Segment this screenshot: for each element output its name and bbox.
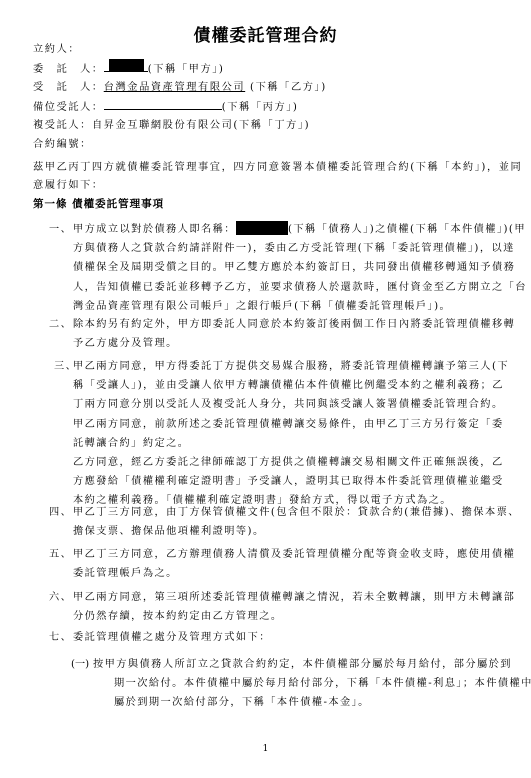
trustee-name: 台灣金品資產管理有限公司 bbox=[104, 82, 245, 93]
clause-number: 二、 bbox=[49, 315, 72, 334]
preamble-line-1: 茲甲乙丙丁四方就債權委託管理事宜，四方同意簽署本債權委託管理合約(下稱「本約」)… bbox=[33, 160, 522, 175]
sub-trustee-row: 複受託人：自昇金互聯網股份有限公司(下稱「丁方」) bbox=[33, 118, 310, 133]
clause-line: 方與債務人之貸款合約請詳附件一)，委由乙方受託管理(下稱「委託管理債權」)，以達 bbox=[73, 239, 511, 258]
entrustor-label: 委 託 人： bbox=[33, 64, 104, 75]
clause-line: 人，告知債權已委託並移轉予乙方，並要求債務人於還款時，匯付資金至乙方開立之「台 bbox=[73, 278, 511, 297]
clause-line: 委託管理債權之處分及管理方式如下： bbox=[73, 628, 511, 647]
page-number: 1 bbox=[0, 744, 531, 754]
clause-text: (下稱「債務人」)之債權(下稱「本件債權」)(甲 bbox=[288, 224, 526, 235]
clause-line: 予乙方處分及管理。 bbox=[73, 334, 511, 353]
clause-number: 六、 bbox=[49, 588, 72, 607]
article-1-heading: 第一條 債權委託管理事項 bbox=[33, 196, 164, 211]
trustee-label: 受 託 人： bbox=[33, 82, 104, 93]
entrustor-row: 委 託 人：(下稱「甲方」) bbox=[33, 61, 225, 77]
redaction-box bbox=[109, 59, 144, 72]
sub-clause-item-1: (一) 按甲方與債務人所訂立之貸款合約約定，本件債權部分屬於每月給付，部分屬於到… bbox=[71, 655, 511, 715]
clause-body: 甲乙丁三方同意，由丁方保管債權文件(包含但不限於：貸款合約(兼借據)、擔保本票、… bbox=[73, 503, 511, 541]
redaction-box bbox=[236, 221, 288, 235]
parties-label: 立約人： bbox=[33, 42, 80, 57]
trustee-row: 受 託 人：台灣金品資產管理有限公司 (下稱「乙方」) bbox=[33, 80, 327, 95]
clause-body: 委託管理債權之處分及管理方式如下： bbox=[73, 628, 511, 647]
entrustor-suffix: (下稱「甲方」) bbox=[148, 64, 225, 75]
trustee-suffix: (下稱「乙方」) bbox=[250, 82, 327, 93]
sub-trustee-label: 複受託人： bbox=[33, 120, 92, 131]
clause-line: 乙方同意，經乙方委託之律師確認丁方提供之債權轉讓交易相關文件正確無誤後，乙 bbox=[73, 453, 511, 472]
clause-item-2: 二、 除本約另有約定外，甲方即委託人同意於本約簽訂後兩個工作日內將委託管理債權移… bbox=[49, 315, 511, 355]
clause-line: 委託管理帳戶為之。 bbox=[73, 564, 511, 583]
sub-trustee-name: 自昇金互聯網股份有限公司 bbox=[92, 120, 233, 131]
clause-item-4: 四、 甲乙丁三方同意，由丁方保管債權文件(包含但不限於：貸款合約(兼借據)、擔保… bbox=[49, 503, 511, 543]
sub-trustee-suffix: (下稱「丁方」) bbox=[233, 120, 310, 131]
clause-body: 甲方成立以對於債務人即名稱：(下稱「債務人」)之債權(下稱「本件債權」)(甲 方… bbox=[73, 220, 511, 316]
contract-number-row: 合約編號： bbox=[33, 137, 92, 152]
sub-clause-number: (一) bbox=[71, 655, 89, 674]
clause-line: 甲乙兩方同意，前款所述之委託管理債權轉讓交易條件，由甲乙丁三方另行簽定「委 bbox=[73, 415, 511, 434]
clause-item-5: 五、 甲乙丁三方同意，乙方辦理債務人清償及委託管理債權分配等資金收支時，應使用債… bbox=[49, 545, 511, 585]
entrustor-field bbox=[104, 61, 148, 72]
clause-line: 分仍然存續，按本約約定由乙方管理之。 bbox=[73, 607, 511, 626]
clause-line: 方應發給「債權權利確定證明書」予受讓人，證明其已取得本件委託管理債權並繼受 bbox=[73, 472, 511, 491]
clause-text: 甲方成立以對於債務人即名稱： bbox=[73, 224, 236, 235]
preamble-line-2: 意履行如下： bbox=[33, 178, 104, 193]
clause-line: 丁兩方同意分別以受託人及複受託人身分，共同與該受讓人簽署債權委託管理合約。 bbox=[73, 395, 511, 414]
clause-number: 四、 bbox=[49, 503, 72, 522]
document-page: 債權委託管理合約 立約人： 委 託 人：(下稱「甲方」) 受 託 人：台灣金品資… bbox=[0, 0, 531, 778]
backup-trustee-field bbox=[104, 99, 222, 110]
clause-line: 甲乙丁三方同意，由丁方保管債權文件(包含但不限於：貸款合約(兼借據)、擔保本票、 bbox=[73, 503, 511, 522]
clause-line: 債權保全及屆期受償之目的。甲乙雙方應於本約簽訂日，共同發出債權移轉通知予債務 bbox=[73, 258, 511, 277]
sub-clause-line: 按甲方與債務人所訂立之貸款合約約定，本件債權部分屬於每月給付，部分屬於到 bbox=[93, 655, 511, 674]
clause-line: 甲方成立以對於債務人即名稱：(下稱「債務人」)之債權(下稱「本件債權」)(甲 bbox=[73, 220, 511, 239]
clause-line: 甲乙丁三方同意，乙方辦理債務人清償及委託管理債權分配等資金收支時，應使用債權 bbox=[73, 545, 511, 564]
clause-number: 一、 bbox=[49, 220, 72, 239]
sub-clause-line: 屬於到期一次給付部分，下稱「本件債權-本金」。 bbox=[93, 693, 511, 712]
backup-trustee-label: 備位受託人： bbox=[33, 102, 104, 113]
clause-body: 除本約另有約定外，甲方即委託人同意於本約簽訂後兩個工作日內將委託管理債權移轉 予… bbox=[73, 315, 511, 353]
backup-trustee-suffix: (下稱「丙方」) bbox=[222, 102, 299, 113]
clause-line: 託轉讓合約」約定之。 bbox=[73, 434, 511, 453]
clause-number: 五、 bbox=[49, 545, 72, 564]
backup-trustee-row: 備位受託人：(下稱「丙方」) bbox=[33, 99, 299, 115]
clause-item-7: 七、 委託管理債權之處分及管理方式如下： bbox=[49, 628, 511, 648]
clause-body: 甲乙兩方同意，甲方得委託丁方提供交易媒合服務，將委託管理債權轉讓予第三人(下 稱… bbox=[73, 357, 511, 511]
sub-clause-body: 按甲方與債務人所訂立之貸款合約約定，本件債權部分屬於每月給付，部分屬於到 期一次… bbox=[93, 655, 511, 713]
clause-line: 灣金品資產管理有限公司帳戶」之銀行帳戶(下稱「債權委託管理帳戶」)。 bbox=[73, 297, 511, 316]
clause-item-6: 六、 甲乙兩方同意，第三項所述委託管理債權轉讓之情況，若未全數轉讓，則甲方未轉讓… bbox=[49, 588, 511, 628]
clause-number: 七、 bbox=[49, 628, 72, 647]
sub-clause-line: 期一次給付。本件債權中屬於每月給付部分，下稱「本件債權-利息」；本件債權中 bbox=[93, 674, 511, 693]
clause-item-1: 一、 甲方成立以對於債務人即名稱：(下稱「債務人」)之債權(下稱「本件債權」)(… bbox=[49, 220, 511, 320]
contract-number-label: 合約編號： bbox=[33, 139, 92, 150]
clause-line: 除本約另有約定外，甲方即委託人同意於本約簽訂後兩個工作日內將委託管理債權移轉 bbox=[73, 315, 511, 334]
clause-line: 擔保支票、擔保品他項權利證明等)。 bbox=[73, 522, 511, 541]
clause-line: 稱「受讓人」)，並由受讓人依甲方轉讓債權佔本件債權比例繼受本約之權利義務；乙 bbox=[73, 376, 511, 395]
clause-line: 甲乙兩方同意，第三項所述委託管理債權轉讓之情況，若未全數轉讓，則甲方未轉讓部 bbox=[73, 588, 511, 607]
clause-body: 甲乙丁三方同意，乙方辦理債務人清償及委託管理債權分配等資金收支時，應使用債權 委… bbox=[73, 545, 511, 583]
clause-body: 甲乙兩方同意，第三項所述委託管理債權轉讓之情況，若未全數轉讓，則甲方未轉讓部 分… bbox=[73, 588, 511, 626]
clause-line: 甲乙兩方同意，甲方得委託丁方提供交易媒合服務，將委託管理債權轉讓予第三人(下 bbox=[73, 357, 511, 376]
clause-item-3: 三、 甲乙兩方同意，甲方得委託丁方提供交易媒合服務，將委託管理債權轉讓予第三人(… bbox=[54, 357, 511, 517]
